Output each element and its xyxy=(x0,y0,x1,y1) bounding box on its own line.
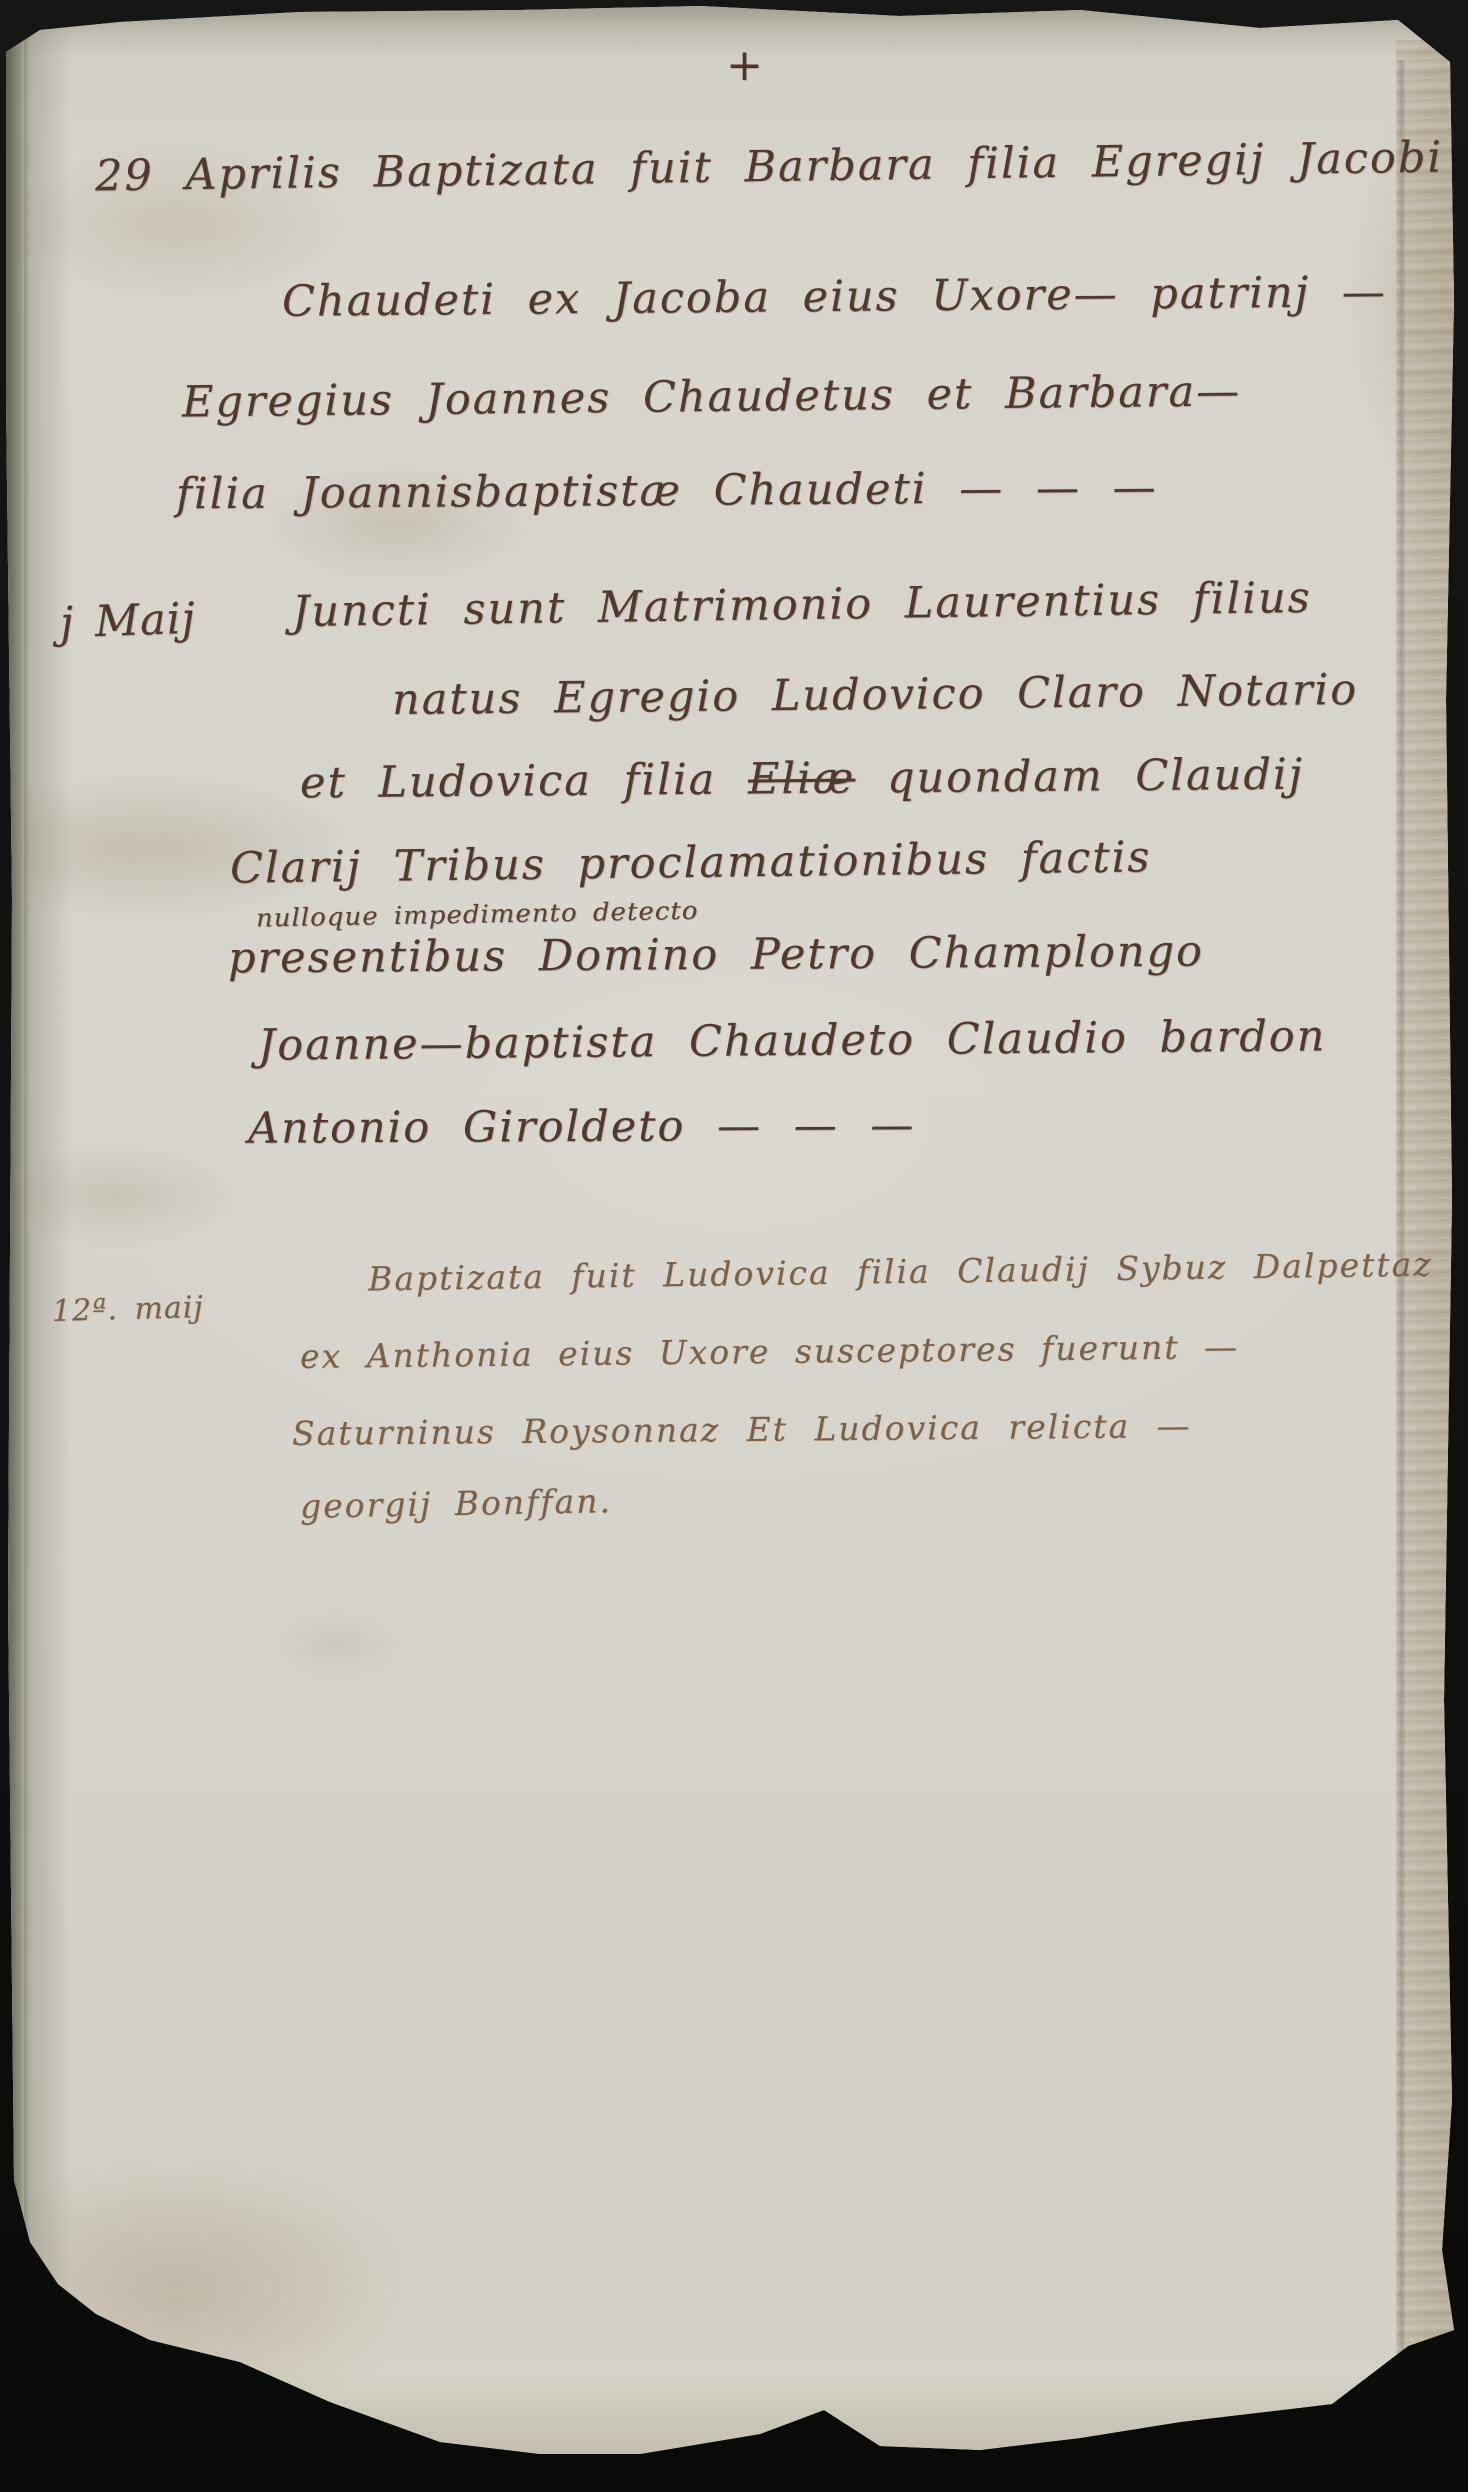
manuscript-page: + 29 Aprilis Baptizata fuit Barbara fili… xyxy=(0,0,1468,2492)
manuscript-line: Baptizata fuit Ludovica filia Claudij Sy… xyxy=(368,1245,1433,1299)
manuscript-line: Saturninus Roysonnaz Et Ludovica relicta… xyxy=(292,1406,1192,1453)
line-text: quondam Claudij xyxy=(887,750,1304,804)
struck-word: Eliæ xyxy=(748,754,856,805)
manuscript-line: filia Joannisbaptistæ Chaudeti — — — xyxy=(176,463,1158,520)
manuscript-line: georgij Bonffan. xyxy=(300,1481,613,1525)
manuscript-line: Juncti sunt Matrimonio Laurentius filius xyxy=(292,573,1312,637)
manuscript-line: ex Anthonia eius Uxore susceptores fueru… xyxy=(300,1327,1239,1376)
manuscript-line: 29 Aprilis Baptizata fuit Barbara filia … xyxy=(95,133,1444,202)
interline-note: nulloque impedimento detecto xyxy=(256,897,699,933)
manuscript-line: Joanne—baptista Chaudeto Claudio bardon xyxy=(258,1011,1327,1070)
manuscript-line: presentibus Domino Petro Champlongo xyxy=(228,927,1204,984)
margin-date: 12ª. maij xyxy=(52,1290,205,1329)
line-text: Baptizata fuit Barbara filia Egregij Jac… xyxy=(373,133,1443,198)
line-text: et Ludovica filia xyxy=(300,755,717,809)
photo-background: + 29 Aprilis Baptizata fuit Barbara fili… xyxy=(0,0,1468,2492)
manuscript-line: Clarij Tribus proclamationibus factis xyxy=(230,832,1152,893)
manuscript-line: Egregius Joannes Chaudetus et Barbara— xyxy=(182,366,1242,427)
binding-shadow xyxy=(24,0,72,2492)
manuscript-line: Antonio Giroldeto — — — xyxy=(248,1100,916,1153)
manuscript-line: Chaudeti ex Jacoba eius Uxore— patrinj — xyxy=(282,267,1387,327)
margin-date: 29 Aprilis xyxy=(95,148,343,201)
page-bottom-edge xyxy=(0,2372,1468,2492)
margin-date: j Maij xyxy=(59,594,196,649)
manuscript-line: natus Egregio Ludovico Claro Notario xyxy=(392,665,1359,725)
manuscript-line: et Ludovica filia Eliæ quondam Claudij xyxy=(300,750,1304,809)
cross-mark: + xyxy=(726,40,765,91)
